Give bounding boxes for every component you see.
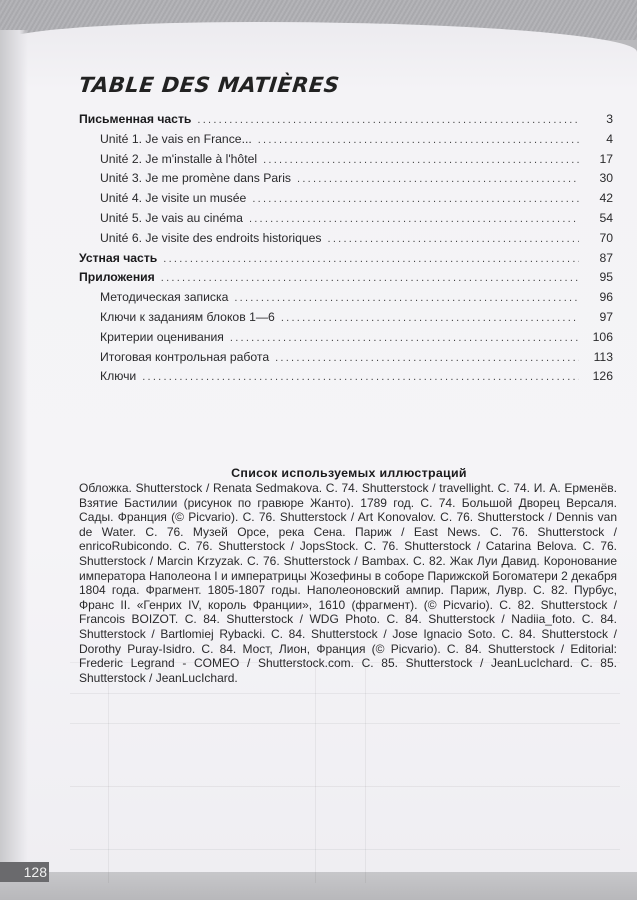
toc-entry: Методическая записка96 (79, 288, 613, 308)
toc-entry: Ключи126 (79, 367, 613, 387)
toc-entry: Unité 6. Je visite des endroits historiq… (79, 229, 613, 249)
toc-entry: Критерии оценивания106 (79, 328, 613, 348)
dot-leader (252, 190, 579, 210)
toc-entry-label: Unité 5. Je vais au cinéma (100, 209, 249, 229)
dot-leader (234, 289, 579, 309)
dot-leader (281, 309, 579, 329)
toc-entry-page: 126 (579, 367, 613, 387)
table-of-contents: Письменная часть3Unité 1. Je vais en Fra… (79, 110, 613, 387)
toc-entry-label: Итоговая контрольная работа (100, 348, 275, 368)
toc-entry-page: 95 (579, 268, 613, 288)
toc-entry-page: 17 (579, 150, 613, 170)
toc-entry: Unité 5. Je vais au cinéma54 (79, 209, 613, 229)
dot-leader (297, 170, 579, 190)
toc-entry: Unité 3. Je me promène dans Paris30 (79, 169, 613, 189)
dot-leader (142, 368, 579, 388)
toc-entry: Unité 4. Je visite un musée42 (79, 189, 613, 209)
toc-entry-label: Приложения (79, 268, 161, 288)
toc-entry-page: 106 (579, 328, 613, 348)
toc-entry-label: Методическая записка (100, 288, 234, 308)
toc-entry-page: 70 (579, 229, 613, 249)
page-number-badge: 128 (0, 862, 49, 882)
toc-entry-page: 54 (579, 209, 613, 229)
toc-entry-page: 42 (579, 189, 613, 209)
bleed-through-table (70, 662, 620, 883)
toc-entry-page: 30 (579, 169, 613, 189)
toc-entry: Устная часть87 (79, 249, 613, 269)
toc-entry-label: Unité 6. Je visite des endroits historiq… (100, 229, 328, 249)
page-gutter-shadow (0, 30, 28, 870)
dot-leader (161, 269, 579, 289)
toc-entry-label: Unité 2. Je m'installe à l'hôtel (100, 150, 263, 170)
toc-entry-page: 113 (579, 348, 613, 368)
toc-entry: Письменная часть3 (79, 110, 613, 130)
toc-entry-page: 87 (579, 249, 613, 269)
toc-entry-label: Unité 3. Je me promène dans Paris (100, 169, 297, 189)
dot-leader (328, 230, 579, 250)
toc-entry: Ключи к заданиям блоков 1—697 (79, 308, 613, 328)
toc-entry-label: Ключи (100, 367, 142, 387)
dot-leader (163, 250, 579, 270)
dot-leader (263, 151, 579, 171)
toc-entry-page: 96 (579, 288, 613, 308)
toc-entry: Unité 1. Je vais en France...4 (79, 130, 613, 150)
toc-entry-label: Ключи к заданиям блоков 1—6 (100, 308, 281, 328)
illustrations-credits: Обложка. Shutterstock / Renata Sedmakova… (79, 481, 617, 685)
toc-entry-page: 97 (579, 308, 613, 328)
toc-entry: Unité 2. Je m'installe à l'hôtel17 (79, 150, 613, 170)
toc-entry-label: Устная часть (79, 249, 163, 269)
dot-leader (197, 111, 579, 131)
toc-entry-label: Письменная часть (79, 110, 197, 130)
toc-entry: Итоговая контрольная работа113 (79, 348, 613, 368)
dot-leader (249, 210, 579, 230)
dot-leader (275, 349, 579, 369)
dot-leader (258, 131, 579, 151)
toc-entry-page: 3 (579, 110, 613, 130)
illustrations-heading: Список используемых иллюстраций (79, 466, 619, 480)
toc-entry-page: 4 (579, 130, 613, 150)
toc-entry-label: Unité 1. Je vais en France... (100, 130, 258, 150)
toc-entry: Приложения95 (79, 268, 613, 288)
dot-leader (230, 329, 579, 349)
toc-heading: TABLE DES MATIÈRES (78, 73, 341, 97)
toc-entry-label: Критерии оценивания (100, 328, 230, 348)
toc-entry-label: Unité 4. Je visite un musée (100, 189, 252, 209)
